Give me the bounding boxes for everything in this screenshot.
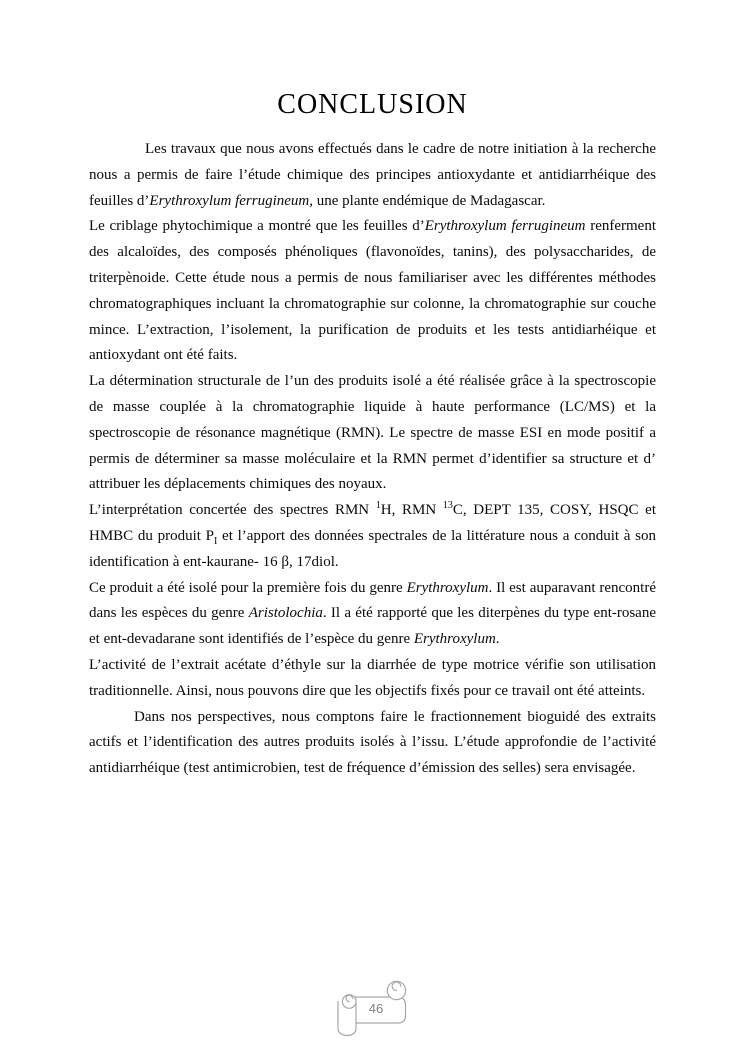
species-name: Erythroxylum ferrugineum	[425, 218, 586, 234]
document-body: Les travaux que nous avons effectués dan…	[89, 137, 656, 782]
superscript-run: 13	[443, 500, 453, 511]
document-page: CONCLUSION Les travaux que nous avons ef…	[0, 0, 745, 1053]
paragraph-genre: Ce produit a été isolé pour la première …	[89, 576, 656, 653]
paragraph-activite: L’activité de l’extrait acétate d’éthyle…	[89, 653, 656, 705]
page-content: CONCLUSION Les travaux que nous avons ef…	[89, 88, 656, 782]
page-title: CONCLUSION	[89, 88, 656, 122]
text-run: Ce produit a été isolé pour la première …	[89, 580, 407, 596]
text-run: H, RMN	[381, 502, 443, 518]
genus-name: Aristolochia	[249, 605, 323, 621]
text-run: L’interprétation concertée des spectres …	[89, 502, 376, 518]
genus-name: Erythroxylum	[407, 580, 489, 596]
species-name: Erythroxylum ferrugineum	[149, 193, 309, 209]
page-footer: 46	[334, 980, 414, 1044]
paragraph-intro: Les travaux que nous avons effectués dan…	[89, 137, 656, 214]
text-run: .	[496, 631, 500, 647]
page-number: 46	[346, 1001, 406, 1016]
text-run: renferment des alcaloïdes, des composés …	[89, 218, 656, 363]
text-run: Dans nos perspectives, nous comptons fai…	[89, 709, 656, 777]
paragraph-phytochimique: Le criblage phytochimique a montré que l…	[89, 214, 656, 369]
paragraph-perspectives: Dans nos perspectives, nous comptons fai…	[89, 705, 656, 782]
genus-name: Erythroxylum	[414, 631, 496, 647]
text-run: L’activité de l’extrait acétate d’éthyle…	[89, 657, 656, 699]
text-run: , une plante endémique de Madagascar.	[309, 193, 545, 209]
paragraph-spectres: L’interprétation concertée des spectres …	[89, 498, 656, 575]
text-run: Le criblage phytochimique a montré que l…	[89, 218, 425, 234]
paragraph-determination: La détermination structurale de l’un des…	[89, 369, 656, 498]
text-run: La détermination structurale de l’un des…	[89, 373, 656, 492]
